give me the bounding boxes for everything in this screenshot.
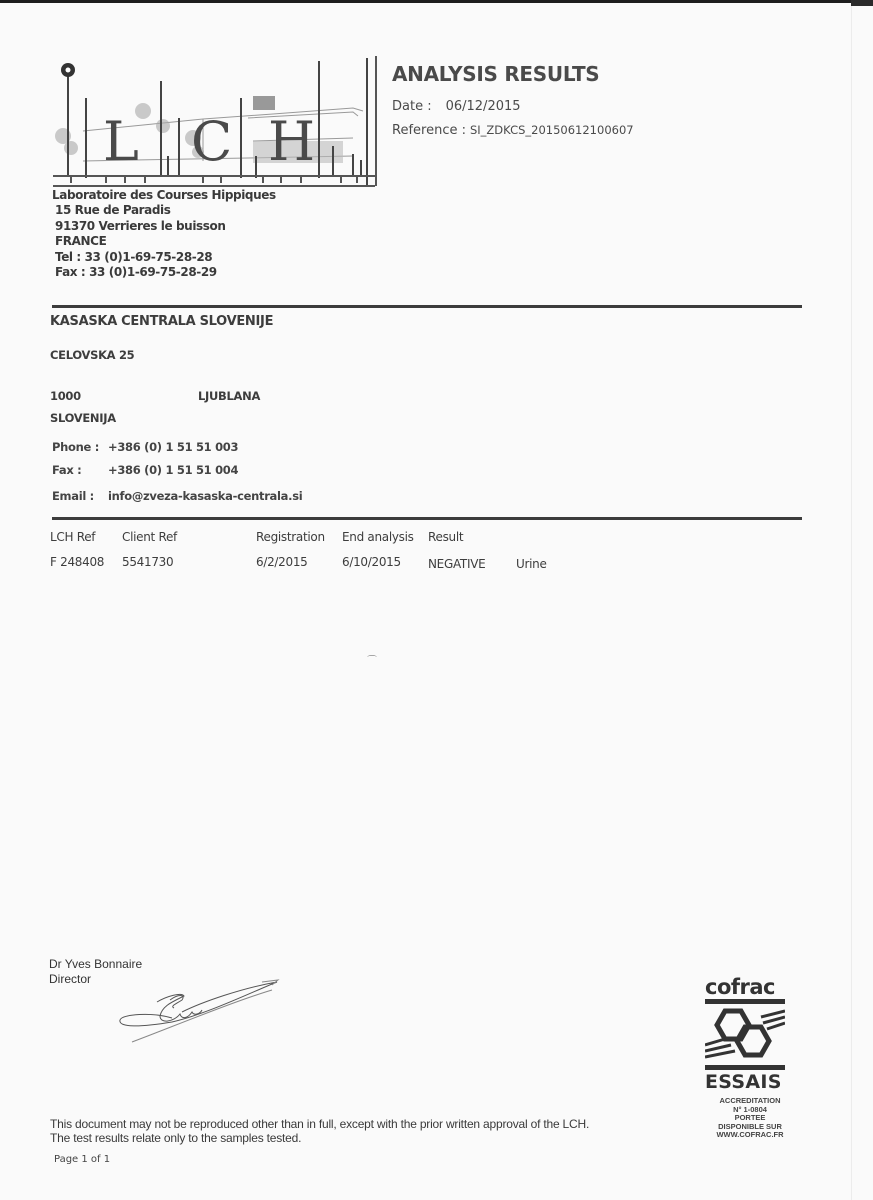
- column-header-registration: Registration: [256, 530, 325, 544]
- document-title: ANALYSIS RESULTS: [392, 62, 599, 86]
- client-fax: Fax :+386 (0) 1 51 51 004: [52, 463, 238, 477]
- phone-label: Phone :: [52, 440, 108, 454]
- disclaimer-line: The test results relate only to the samp…: [50, 1131, 589, 1145]
- cofrac-essais: ESSAIS: [700, 1071, 810, 1093]
- date-value: 06/12/2015: [446, 99, 521, 114]
- cell-client-ref: 5541730: [122, 555, 173, 569]
- scan-border-corner: [851, 0, 873, 6]
- report-date: Date :06/12/2015: [392, 99, 521, 114]
- scan-mark: ⌒: [367, 652, 377, 667]
- cell-result: NEGATIVE: [428, 557, 485, 571]
- report-reference: Reference :SI_ZDKCS_20150612100607: [392, 123, 634, 138]
- column-header-end-analysis: End analysis: [342, 530, 414, 544]
- lab-name: Laboratoire des Courses Hippiques: [52, 188, 276, 203]
- cell-sample-type: Urine: [516, 557, 547, 571]
- column-header-result: Result: [428, 530, 463, 544]
- divider: [52, 517, 802, 520]
- column-header-client-ref: Client Ref: [122, 530, 177, 544]
- lab-tel: Tel : 33 (0)1-69-75-28-28: [52, 250, 276, 265]
- email-label: Email :: [52, 489, 108, 503]
- email-value: info@zveza-kasaska-centrala.si: [108, 489, 302, 503]
- fax-label: Fax :: [52, 463, 108, 477]
- client-name: KASASKA CENTRALA SLOVENIJE: [50, 314, 273, 329]
- cofrac-accreditation: cofrac ESSAIS ACCREDITATION N° 1-0804 PO…: [700, 975, 810, 1140]
- disclaimer: This document may not be reproduced othe…: [50, 1117, 589, 1145]
- client-street: CELOVSKA 25: [50, 348, 134, 362]
- phone-value: +386 (0) 1 51 51 003: [108, 440, 238, 454]
- lch-building-logo-icon: L C H: [53, 56, 375, 188]
- lch-logo: L C H: [53, 56, 377, 186]
- lab-city: 91370 Verrieres le buisson: [52, 219, 276, 234]
- disclaimer-line: This document may not be reproduced othe…: [50, 1117, 589, 1131]
- client-zip: 1000: [50, 389, 81, 403]
- cofrac-brand: cofrac: [700, 975, 810, 999]
- lab-street: 15 Rue de Paradis: [52, 203, 276, 218]
- svg-text:H: H: [268, 110, 315, 173]
- client-city: LJUBLANA: [198, 389, 260, 403]
- svg-text:C: C: [191, 110, 232, 173]
- accreditation-details: ACCREDITATION N° 1-0804 PORTEE DISPONIBL…: [700, 1097, 800, 1140]
- cell-end-analysis: 6/10/2015: [342, 555, 401, 569]
- divider: [52, 305, 802, 308]
- page-indicator: Page 1 of 1: [54, 1154, 110, 1165]
- date-label: Date :: [392, 99, 432, 114]
- svg-text:L: L: [103, 110, 139, 173]
- laboratory-address: Laboratoire des Courses Hippiques 15 Rue…: [52, 188, 276, 280]
- reference-label: Reference :: [392, 123, 466, 138]
- signature-icon: [112, 972, 282, 1047]
- client-phone: Phone :+386 (0) 1 51 51 003: [52, 440, 238, 454]
- column-header-lch-ref: LCH Ref: [50, 530, 95, 544]
- client-country: SLOVENIJA: [50, 411, 116, 425]
- fax-value: +386 (0) 1 51 51 004: [108, 463, 238, 477]
- cofrac-hexagon-logo-icon: [705, 999, 785, 1071]
- scan-border-top: [0, 0, 873, 3]
- lab-country: FRANCE: [52, 234, 276, 249]
- cell-lch-ref: F 248408: [50, 555, 104, 569]
- lab-fax: Fax : 33 (0)1-69-75-28-29: [52, 265, 276, 280]
- scan-edge: [851, 6, 852, 1200]
- accreditation-url: WWW.COFRAC.FR: [700, 1131, 800, 1140]
- client-email: Email :info@zveza-kasaska-centrala.si: [52, 489, 302, 503]
- signer-name: Dr Yves Bonnaire: [49, 957, 142, 972]
- reference-value: SI_ZDKCS_20150612100607: [470, 123, 634, 137]
- cell-registration: 6/2/2015: [256, 555, 308, 569]
